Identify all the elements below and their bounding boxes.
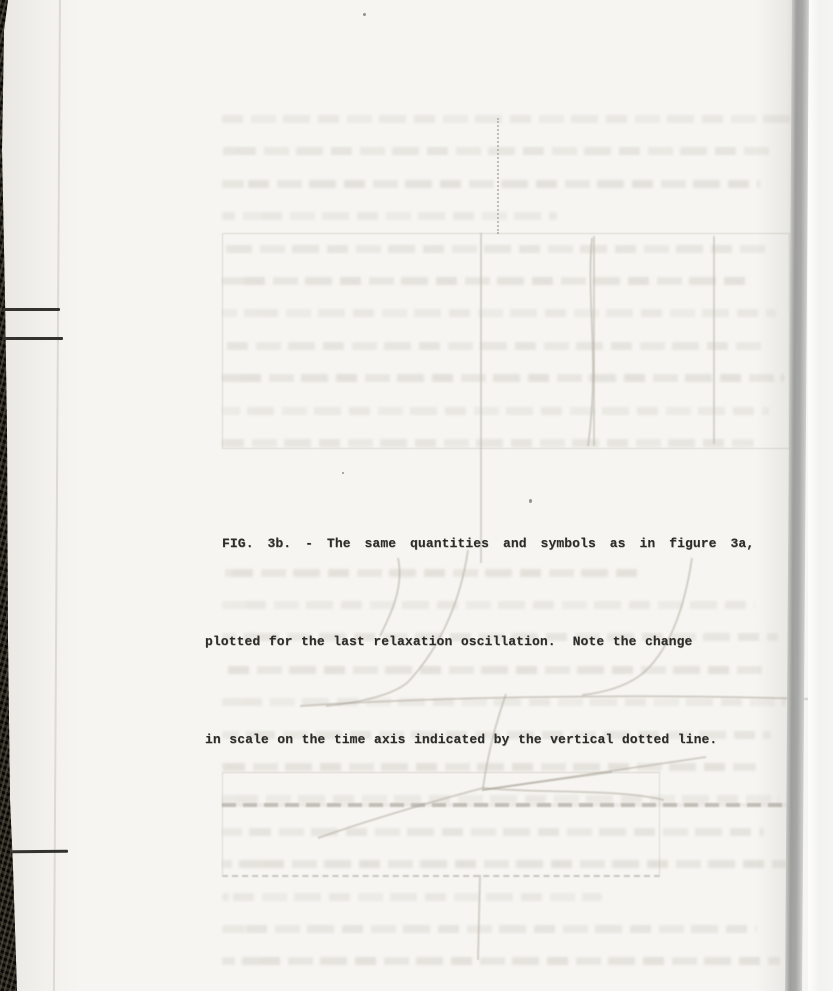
gutter-shadow [0,0,80,991]
bleedthrough-text-line [222,342,761,350]
bleedthrough-text-line [222,180,760,188]
bleedthrough-text-line [222,309,776,317]
binding-mark-line [3,308,60,311]
figure-caption-line-1: FIG. 3b. - The same quantities and symbo… [222,528,805,561]
bleedthrough-text-line [222,374,784,382]
figure-caption: FIG. 3b. - The same quantities and symbo… [205,463,805,822]
binding-mark-line [12,850,68,853]
bleedthrough-vertical-line [713,236,715,444]
figure-caption-line-3: in scale on the time axis indicated by t… [205,724,805,757]
bleedthrough-text-line [222,925,757,933]
bleedthrough-text-line [222,277,753,285]
bleedthrough-text-line [222,115,790,123]
bleedthrough-text-line [222,212,557,220]
bleedthrough-text-line [222,147,775,155]
scan-speck [363,13,366,16]
bleedthrough-figure-box-top [222,233,790,449]
page-stack-edge [808,0,833,991]
bleedthrough-text-line [222,893,602,901]
bleedthrough-text-line [222,957,780,965]
bleedthrough-vertical-line [593,236,595,446]
bleedthrough-dotted-line [497,118,499,234]
bleedthrough-text-line [222,245,768,253]
bleedthrough-text-line [222,439,754,447]
binding-mark-line [3,337,63,340]
bleedthrough-text-line [222,828,764,836]
scanned-page: FIG. 3b. - The same quantities and symbo… [0,0,833,991]
bleedthrough-text-line [222,860,787,868]
bleedthrough-text-line [222,407,769,415]
figure-caption-line-2: plotted for the last relaxation oscillat… [205,626,805,659]
